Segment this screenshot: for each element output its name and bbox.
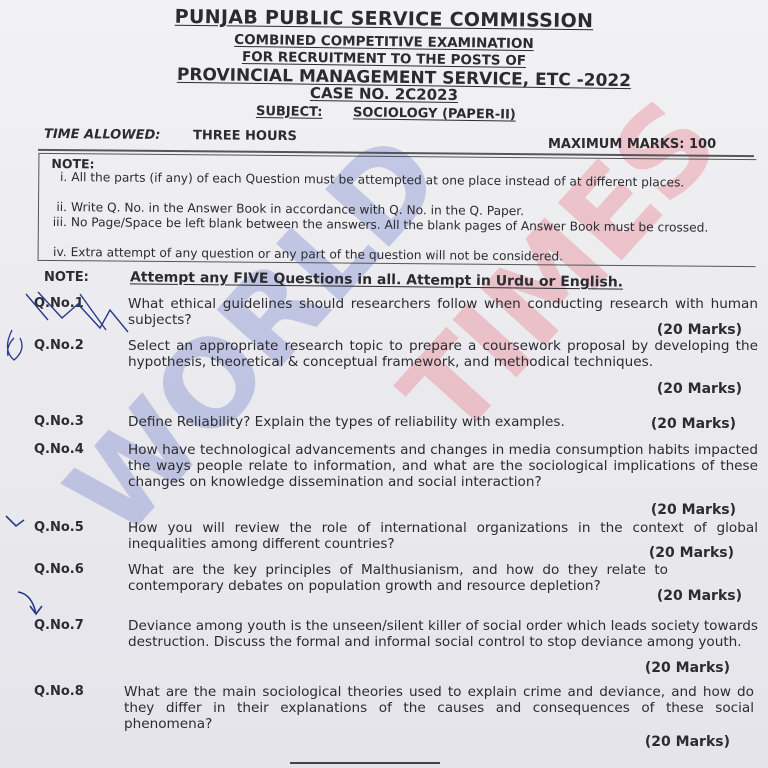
note-box: NOTE: i. All the parts (if any) of each … — [38, 153, 757, 267]
question-number: Q.No.8 — [34, 684, 84, 699]
question-text: Define Reliability? Explain the types of… — [128, 414, 628, 430]
note-number: iii. — [53, 216, 67, 229]
question-text: Deviance among youth is the unseen/silen… — [128, 618, 758, 650]
question-text: What are the main sociological theories … — [124, 684, 754, 732]
question-number: Q.No.7 — [34, 618, 84, 633]
note-number: iv. — [53, 246, 67, 259]
instruction-label: NOTE: — [44, 270, 89, 285]
time-allowed: TIME ALLOWED: THREE HOURS — [44, 127, 297, 144]
question-text: What are the key principles of Malthusia… — [128, 562, 668, 594]
time-value: THREE HOURS — [193, 128, 297, 144]
question-marks: (20 Marks) — [651, 416, 736, 432]
maximum-marks: MAXIMUM MARKS: 100 — [548, 137, 716, 152]
arrow-mark-icon — [14, 586, 50, 620]
instruction-text: Attempt any FIVE Questions in all. Attem… — [130, 269, 623, 290]
note-number: ii. — [56, 201, 67, 214]
time-label: TIME ALLOWED: — [44, 127, 161, 143]
note-text: Extra attempt of any question or any par… — [71, 245, 564, 263]
question-number: Q.No.1 — [34, 296, 84, 311]
question-marks: (20 Marks) — [657, 588, 742, 604]
question-marks: (20 Marks) — [657, 381, 742, 397]
end-line — [290, 762, 440, 764]
subject-line: SUBJECT: SOCIOLOGY (PAPER-II) — [256, 104, 542, 123]
pen-scribble-icon — [0, 280, 140, 370]
question-number: Q.No.4 — [34, 442, 84, 457]
question-number: Q.No.2 — [34, 338, 84, 353]
tick-mark-icon — [2, 510, 36, 532]
watermark-times: TIMES — [375, 75, 743, 463]
question-marks: (20 Marks) — [645, 660, 730, 676]
note-title: NOTE: — [51, 156, 94, 171]
question-marks: (20 Marks) — [649, 545, 734, 561]
exam-paper: WORLD TIMES PUNJAB PUBLIC SERVICE COMMIS… — [0, 0, 768, 768]
question-marks: (20 Marks) — [645, 734, 730, 750]
question-text: Select an appropriate research topic to … — [128, 338, 758, 370]
subject-value: SOCIOLOGY (PAPER-II) — [353, 105, 516, 122]
question-marks: (20 Marks) — [651, 502, 736, 518]
question-marks: (20 Marks) — [657, 322, 742, 338]
note-item: i. All the parts (if any) of each Questi… — [71, 171, 751, 190]
question-number: Q.No.6 — [34, 562, 84, 577]
note-item: iv. Extra attempt of any question or any… — [71, 246, 751, 265]
note-number: i. — [60, 171, 67, 184]
question-number: Q.No.5 — [34, 520, 84, 535]
question-number: Q.No.3 — [34, 414, 84, 429]
subject-label: SUBJECT: — [256, 104, 323, 120]
question-text: How have technological advancements and … — [128, 442, 758, 490]
note-text: All the parts (if any) of each Question … — [71, 170, 684, 189]
